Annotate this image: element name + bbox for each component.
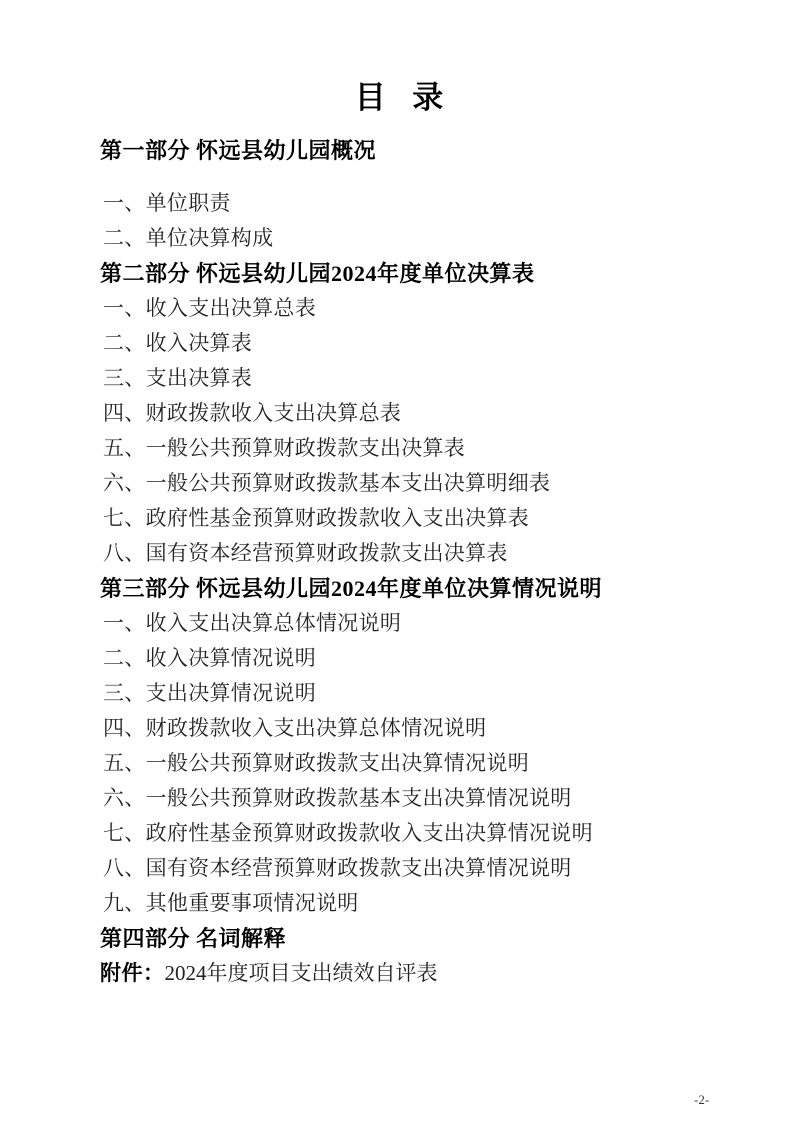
section-1-heading: 第一部分 怀远县幼儿园概况 xyxy=(100,133,700,168)
toc-section-4: 第四部分 名词解释 xyxy=(100,921,700,956)
section-1-items: 一、单位职责 二、单位决算构成 xyxy=(100,186,700,256)
toc-section-3: 第三部分 怀远县幼儿园2024年度单位决算情况说明 一、收入支出决算总体情况说明… xyxy=(100,571,700,921)
toc-item: 三、支出决算表 xyxy=(100,361,700,396)
toc-item: 一、收入支出决算总体情况说明 xyxy=(100,606,700,641)
toc-item: 一、单位职责 xyxy=(100,186,700,221)
toc-item: 六、一般公共预算财政拨款基本支出决算情况说明 xyxy=(100,781,700,816)
toc-item: 九、其他重要事项情况说明 xyxy=(100,886,700,921)
section-2-items: 一、收入支出决算总表 二、收入决算表 三、支出决算表 四、财政拨款收入支出决算总… xyxy=(100,291,700,571)
section-4-heading: 第四部分 名词解释 xyxy=(100,921,700,956)
toc-item: 二、收入决算表 xyxy=(100,326,700,361)
toc-item: 四、财政拨款收入支出决算总表 xyxy=(100,396,700,431)
page-title: 目 录 xyxy=(100,80,700,116)
toc-item: 二、收入决算情况说明 xyxy=(100,641,700,676)
toc-item: 一、收入支出决算总表 xyxy=(100,291,700,326)
toc-item: 四、财政拨款收入支出决算总体情况说明 xyxy=(100,711,700,746)
toc-section-1: 第一部分 怀远县幼儿园概况 一、单位职责 二、单位决算构成 xyxy=(100,133,700,256)
toc-item: 八、国有资本经营预算财政拨款支出决算情况说明 xyxy=(100,851,700,886)
toc-content: 目 录 第一部分 怀远县幼儿园概况 一、单位职责 二、单位决算构成 第二部分 怀… xyxy=(100,80,700,991)
toc-item: 七、政府性基金预算财政拨款收入支出决算情况说明 xyxy=(100,816,700,851)
attachment-label: 附件： xyxy=(100,961,165,985)
toc-item: 六、一般公共预算财政拨款基本支出决算明细表 xyxy=(100,466,700,501)
attachment-text: 2024年度项目支出绩效自评表 xyxy=(165,961,438,985)
toc-item: 三、支出决算情况说明 xyxy=(100,676,700,711)
toc-section-2: 第二部分 怀远县幼儿园2024年度单位决算表 一、收入支出决算总表 二、收入决算… xyxy=(100,256,700,571)
section-3-items: 一、收入支出决算总体情况说明 二、收入决算情况说明 三、支出决算情况说明 四、财… xyxy=(100,606,700,921)
toc-item: 五、一般公共预算财政拨款支出决算情况说明 xyxy=(100,746,700,781)
toc-item: 二、单位决算构成 xyxy=(100,221,700,256)
page-number: -2- xyxy=(694,1092,709,1108)
toc-item: 五、一般公共预算财政拨款支出决算表 xyxy=(100,431,700,466)
section-2-heading: 第二部分 怀远县幼儿园2024年度单位决算表 xyxy=(100,256,700,291)
toc-item: 八、国有资本经营预算财政拨款支出决算表 xyxy=(100,536,700,571)
document-page: 目 录 第一部分 怀远县幼儿园概况 一、单位职责 二、单位决算构成 第二部分 怀… xyxy=(0,0,793,1122)
attachment-line: 附件：2024年度项目支出绩效自评表 xyxy=(100,956,700,991)
toc-item: 七、政府性基金预算财政拨款收入支出决算表 xyxy=(100,501,700,536)
section-3-heading: 第三部分 怀远县幼儿园2024年度单位决算情况说明 xyxy=(100,571,700,606)
